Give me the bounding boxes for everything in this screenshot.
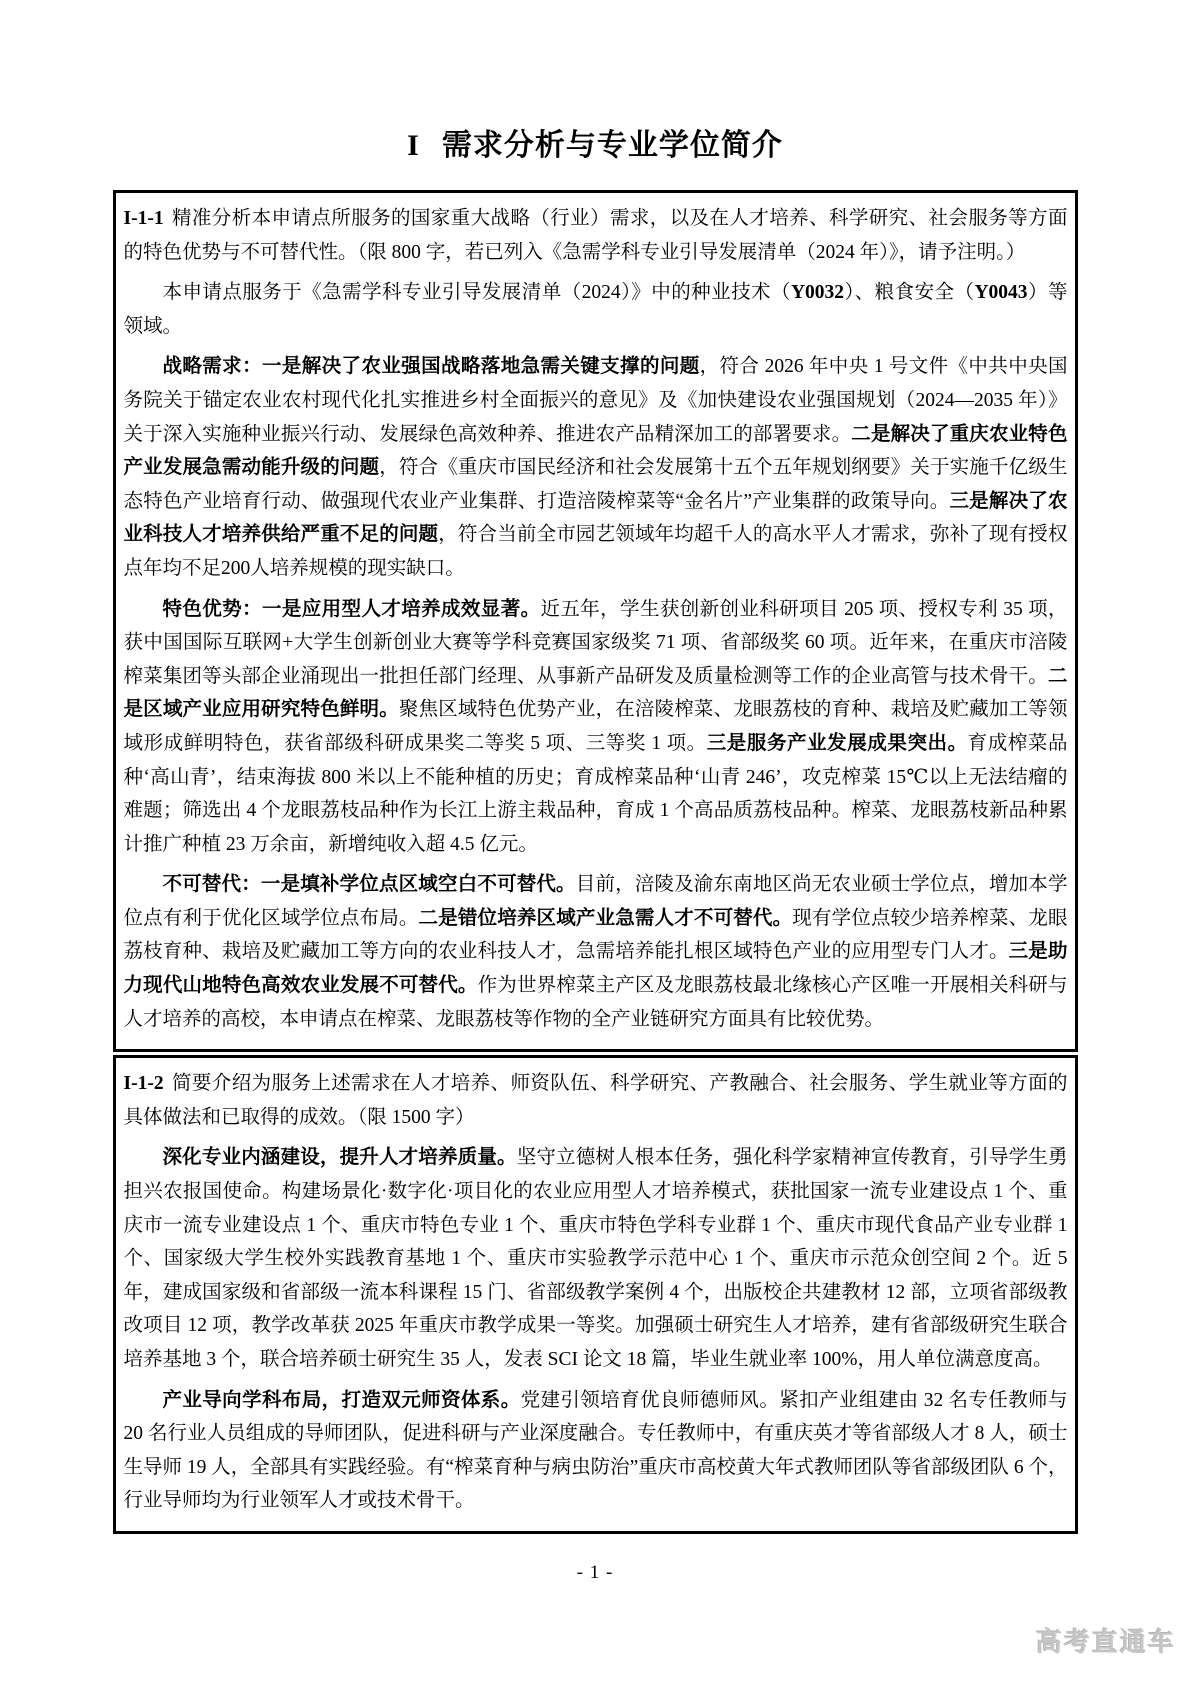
section-body: 本申请点服务于《急需学科专业引导发展清单（2024）》中的种业技术（Y0032）…	[124, 276, 1068, 1036]
text-run: 坚守立德树人根本任务，强化科学家精神宣传教育，引导学生勇担兴农报国使命。构建场景…	[124, 1147, 1068, 1370]
bold-run: Y0043	[974, 282, 1027, 303]
bold-run: 特色优势：一是应用型人才培养成效显著。	[163, 599, 541, 620]
body-paragraph: 不可替代：一是填补学位点区域空白不可替代。目前，涪陵及渝东南地区尚无农业硕士学位…	[124, 868, 1068, 1036]
text-run: 本申请点服务于《急需学科专业引导发展清单（2024）》中的种业技术（	[163, 282, 791, 303]
text-run: ）、粮食安全（	[844, 282, 974, 303]
section-prompt-text: 精准分析本申请点所服务的国家重大战略（行业）需求，以及在人才培养、科学研究、社会…	[124, 208, 1068, 263]
bold-run: 三是服务产业发展成果突出。	[707, 733, 968, 754]
section-i-1-1: I-1-1精准分析本申请点所服务的国家重大战略（行业）需求，以及在人才培养、科学…	[113, 190, 1078, 1052]
page-title-text: 需求分析与专业学位简介	[442, 129, 783, 162]
body-paragraph: 产业导向学科布局，打造双元师资体系。党建引领培育优良师德师风。紧扣产业组建由 3…	[124, 1384, 1068, 1518]
bold-run: 产业导向学科布局，打造双元师资体系。	[163, 1390, 521, 1411]
section-body: 深化专业内涵建设，提升人才培养质量。坚守立德树人根本任务，强化科学家精神宣传教育…	[124, 1141, 1068, 1518]
bold-run: 不可替代：一是填补学位点区域空白不可替代。	[163, 874, 576, 895]
document-page: I需求分析与专业学位简介 I-1-1精准分析本申请点所服务的国家重大战略（行业）…	[0, 0, 1190, 1683]
section-prompt: I-1-2简要介绍为服务上述需求在人才培养、师资队伍、科学研究、产教融合、社会服…	[124, 1067, 1068, 1134]
section-prompt-text: 简要介绍为服务上述需求在人才培养、师资队伍、科学研究、产教融合、社会服务、学生就…	[124, 1073, 1068, 1128]
page-title-numeral: I	[407, 129, 420, 162]
form-sections: I-1-1精准分析本申请点所服务的国家重大战略（行业）需求，以及在人才培养、科学…	[113, 190, 1078, 1534]
bold-run: 二是错位培养区域产业急需人才不可替代。	[419, 908, 793, 929]
page-number: - 1 -	[0, 1562, 1190, 1584]
watermark: 高考直通车	[1036, 1622, 1176, 1659]
body-paragraph: 特色优势：一是应用型人才培养成效显著。近五年，学生获创新创业科研项目 205 项…	[124, 593, 1068, 862]
bold-run: 深化专业内涵建设，提升人才培养质量。	[163, 1147, 517, 1168]
page-title: I需求分析与专业学位简介	[0, 0, 1190, 166]
bold-run: Y0032	[791, 282, 844, 303]
section-i-1-2: I-1-2简要介绍为服务上述需求在人才培养、师资队伍、科学研究、产教融合、社会服…	[113, 1055, 1078, 1534]
section-label: I-1-2	[124, 1073, 164, 1094]
body-paragraph: 深化专业内涵建设，提升人才培养质量。坚守立德树人根本任务，强化科学家精神宣传教育…	[124, 1141, 1068, 1376]
section-prompt: I-1-1精准分析本申请点所服务的国家重大战略（行业）需求，以及在人才培养、科学…	[124, 202, 1068, 269]
bold-run: 战略需求：一是解决了农业强国战略落地急需关键支撑的问题	[163, 356, 700, 377]
section-label: I-1-1	[124, 208, 164, 229]
body-paragraph: 战略需求：一是解决了农业强国战略落地急需关键支撑的问题，符合 2026 年中央 …	[124, 350, 1068, 585]
body-paragraph: 本申请点服务于《急需学科专业引导发展清单（2024）》中的种业技术（Y0032）…	[124, 276, 1068, 343]
